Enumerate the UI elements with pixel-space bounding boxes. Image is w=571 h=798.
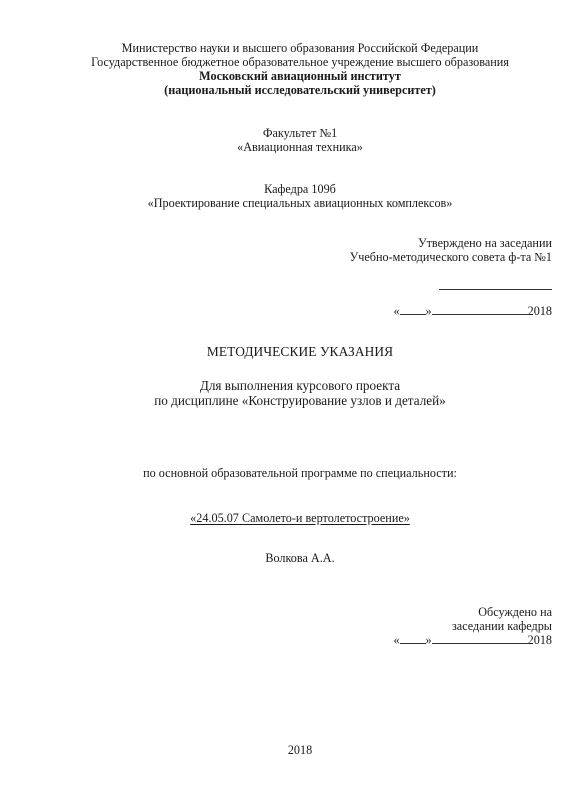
faculty-name: «Авиационная техника» (0, 140, 571, 154)
discussion-block: Обсуждено на заседании кафедры «»2018 (393, 605, 552, 647)
ministry-line: Министерство науки и высшего образования… (0, 41, 571, 55)
author-block: Волкова А.А. (0, 551, 571, 565)
specialty-block: «24.05.07 Самолето-и вертолетостроение» (0, 511, 571, 525)
specialty-name: «24.05.07 Самолето-и вертолетостроение» (190, 511, 410, 525)
institution-type-line: Государственное бюджетное образовательно… (0, 55, 571, 69)
document-title-block: МЕТОДИЧЕСКИЕ УКАЗАНИЯ (0, 345, 571, 359)
ministry-header: Министерство науки и высшего образования… (0, 41, 571, 97)
department-block: Кафедра 109б «Проектирование специальных… (0, 182, 571, 210)
discussion-month-blank (432, 633, 528, 644)
document-purpose-block: Для выполнения курсового проекта по дисц… (0, 378, 571, 408)
approval-month-blank (432, 304, 528, 315)
faculty-block: Факультет №1 «Авиационная техника» (0, 126, 571, 154)
discussion-line-2: заседании кафедры (393, 619, 552, 633)
author-name: Волкова А.А. (0, 551, 571, 565)
discussion-line-1: Обсуждено на (393, 605, 552, 619)
discussion-day-blank (400, 633, 426, 644)
footer-year: 2018 (0, 743, 571, 757)
approval-day-blank (400, 304, 426, 315)
document-purpose-line-1: Для выполнения курсового проекта (0, 378, 571, 393)
institution-name: Московский авиационный институт (0, 69, 571, 83)
institution-subtitle: (национальный исследовательский универси… (0, 83, 571, 97)
approval-year: 2018 (528, 304, 552, 318)
program-intro-block: по основной образовательной программе по… (0, 466, 571, 480)
faculty-number: Факультет №1 (0, 126, 571, 140)
document-page: Министерство науки и высшего образования… (0, 0, 571, 798)
discussion-date: «»2018 (393, 633, 552, 647)
department-name: «Проектирование специальных авиационных … (0, 196, 571, 210)
approval-date: «»2018 (393, 304, 552, 318)
approval-line-2: Учебно-методического совета ф-та №1 (350, 250, 552, 264)
program-intro: по основной образовательной программе по… (0, 466, 571, 480)
department-number: Кафедра 109б (0, 182, 571, 196)
approval-signature-line (439, 289, 552, 290)
footer-block: 2018 (0, 743, 571, 757)
discussion-year: 2018 (528, 633, 552, 647)
document-purpose-line-2: по дисциплине «Конструирование узлов и д… (0, 393, 571, 408)
approval-block: Утверждено на заседании Учебно-методичес… (350, 236, 552, 264)
approval-line-1: Утверждено на заседании (350, 236, 552, 250)
document-title: МЕТОДИЧЕСКИЕ УКАЗАНИЯ (0, 345, 571, 359)
